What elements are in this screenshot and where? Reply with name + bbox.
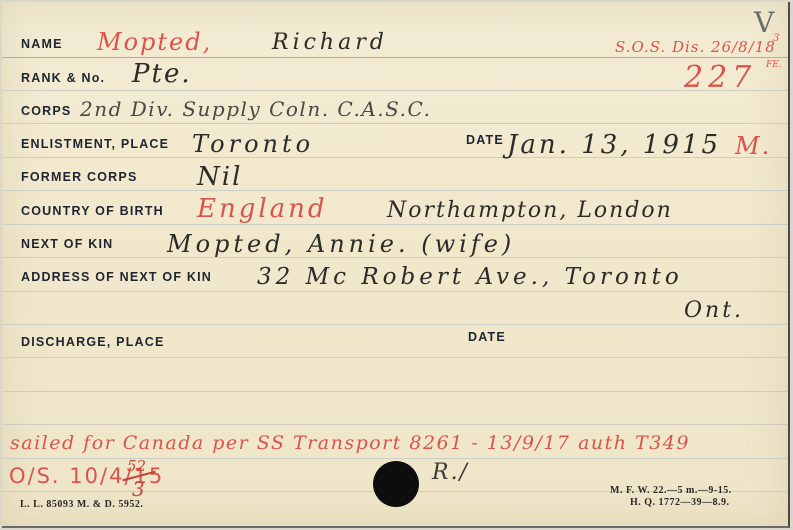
fe-note: FE. bbox=[766, 60, 782, 70]
enlistment-place-value: Toronto bbox=[192, 130, 314, 158]
enlistment-date-label: DATE bbox=[466, 133, 504, 147]
ruled-line bbox=[2, 190, 788, 191]
next-of-kin-value: Mopted, Annie. (wife) bbox=[167, 230, 515, 258]
ruled-line bbox=[2, 324, 788, 325]
service-record-card: NAME RANK & No. CORPS ENLISTMENT, PLACE … bbox=[2, 2, 790, 528]
birthplace-detail-value: Northampton, London bbox=[387, 198, 673, 223]
ruled-line bbox=[2, 291, 788, 292]
name-label: NAME bbox=[21, 37, 63, 51]
former-corps-label: FORMER CORPS bbox=[21, 170, 138, 184]
ruled-line bbox=[2, 391, 788, 392]
ruled-line bbox=[2, 424, 788, 425]
punch-hole bbox=[373, 461, 419, 507]
country-of-birth-label: COUNTRY OF BIRTH bbox=[21, 204, 164, 218]
fraction-numerator: 52 bbox=[127, 457, 146, 475]
enlistment-place-label: ENLISTMENT, PLACE bbox=[21, 137, 169, 151]
next-of-kin-label: NEXT OF KIN bbox=[21, 237, 113, 251]
fraction-denominator: 3 bbox=[132, 477, 145, 501]
discharge-place-label: DISCHARGE, PLACE bbox=[21, 335, 165, 349]
corps-label: CORPS bbox=[21, 104, 71, 118]
address-line1-value: 32 Mc Robert Ave., Toronto bbox=[257, 264, 683, 290]
address-line2-value: Ont. bbox=[684, 298, 744, 323]
ruled-line bbox=[2, 90, 788, 91]
enlistment-date-value: Jan. 13, 1915 bbox=[507, 130, 721, 160]
ruled-line bbox=[2, 224, 788, 225]
corps-value: 2nd Div. Supply Coln. C.A.S.C. bbox=[80, 97, 431, 121]
footer-left-print: L. L. 85093 M. & D. 5952. bbox=[20, 499, 143, 510]
footer-right-print-line2: H. Q. 1772—39—8.9. bbox=[630, 497, 730, 508]
regimental-number-value: 227 bbox=[684, 60, 756, 95]
initials: R./ bbox=[432, 460, 469, 485]
footer-right-print-line1: M. F. W. 22.—5 m.—9-15. bbox=[610, 485, 732, 496]
sailed-note: sailed for Canada per SS Transport 8261 … bbox=[10, 432, 690, 454]
sos-note: S.O.S. Dis. 26/8/18 bbox=[615, 38, 776, 56]
ruled-line bbox=[2, 458, 788, 459]
enlistment-mark-value: M. bbox=[735, 132, 771, 160]
rank-number-label: RANK & No. bbox=[21, 71, 105, 85]
surname-value: Mopted, bbox=[97, 28, 212, 56]
former-corps-value: Nil bbox=[197, 162, 242, 192]
ruled-line-red bbox=[2, 57, 788, 58]
country-of-birth-value: England bbox=[197, 194, 328, 224]
discharge-date-label: DATE bbox=[468, 330, 506, 344]
sos-superscript: 3 bbox=[773, 33, 779, 44]
ruled-line bbox=[2, 123, 788, 124]
given-name-value: Richard bbox=[272, 30, 388, 55]
rank-value: Pte. bbox=[132, 59, 192, 89]
address-next-of-kin-label: ADDRESS OF NEXT OF KIN bbox=[21, 270, 212, 284]
ruled-line bbox=[2, 357, 788, 358]
